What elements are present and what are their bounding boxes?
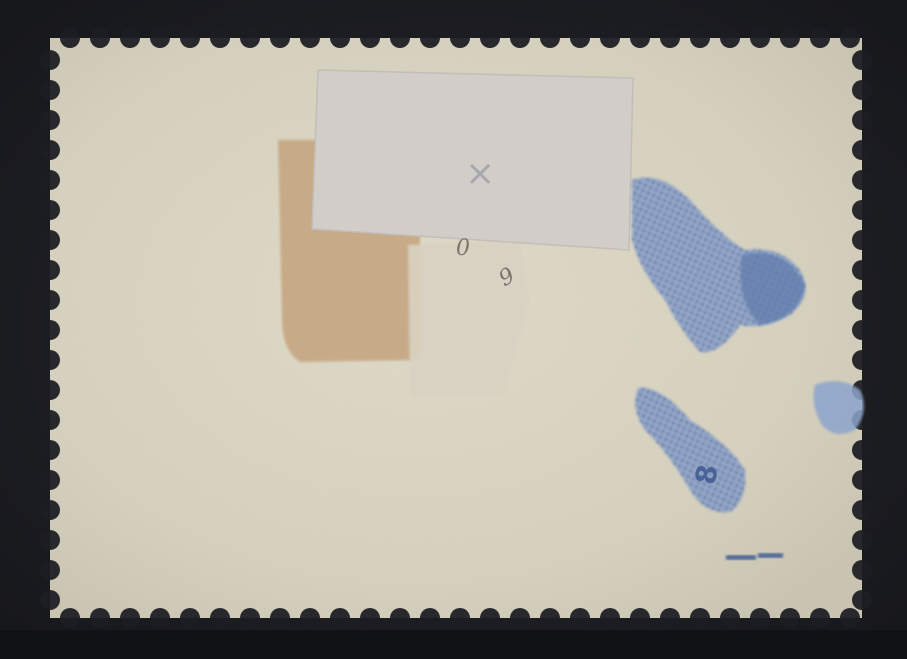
hinge-mark: × xyxy=(465,153,495,194)
pencil-mark-1: 0 xyxy=(456,236,470,261)
stamp: × xyxy=(0,0,907,659)
stamp-photo: × 0 9 8 xyxy=(0,0,907,659)
